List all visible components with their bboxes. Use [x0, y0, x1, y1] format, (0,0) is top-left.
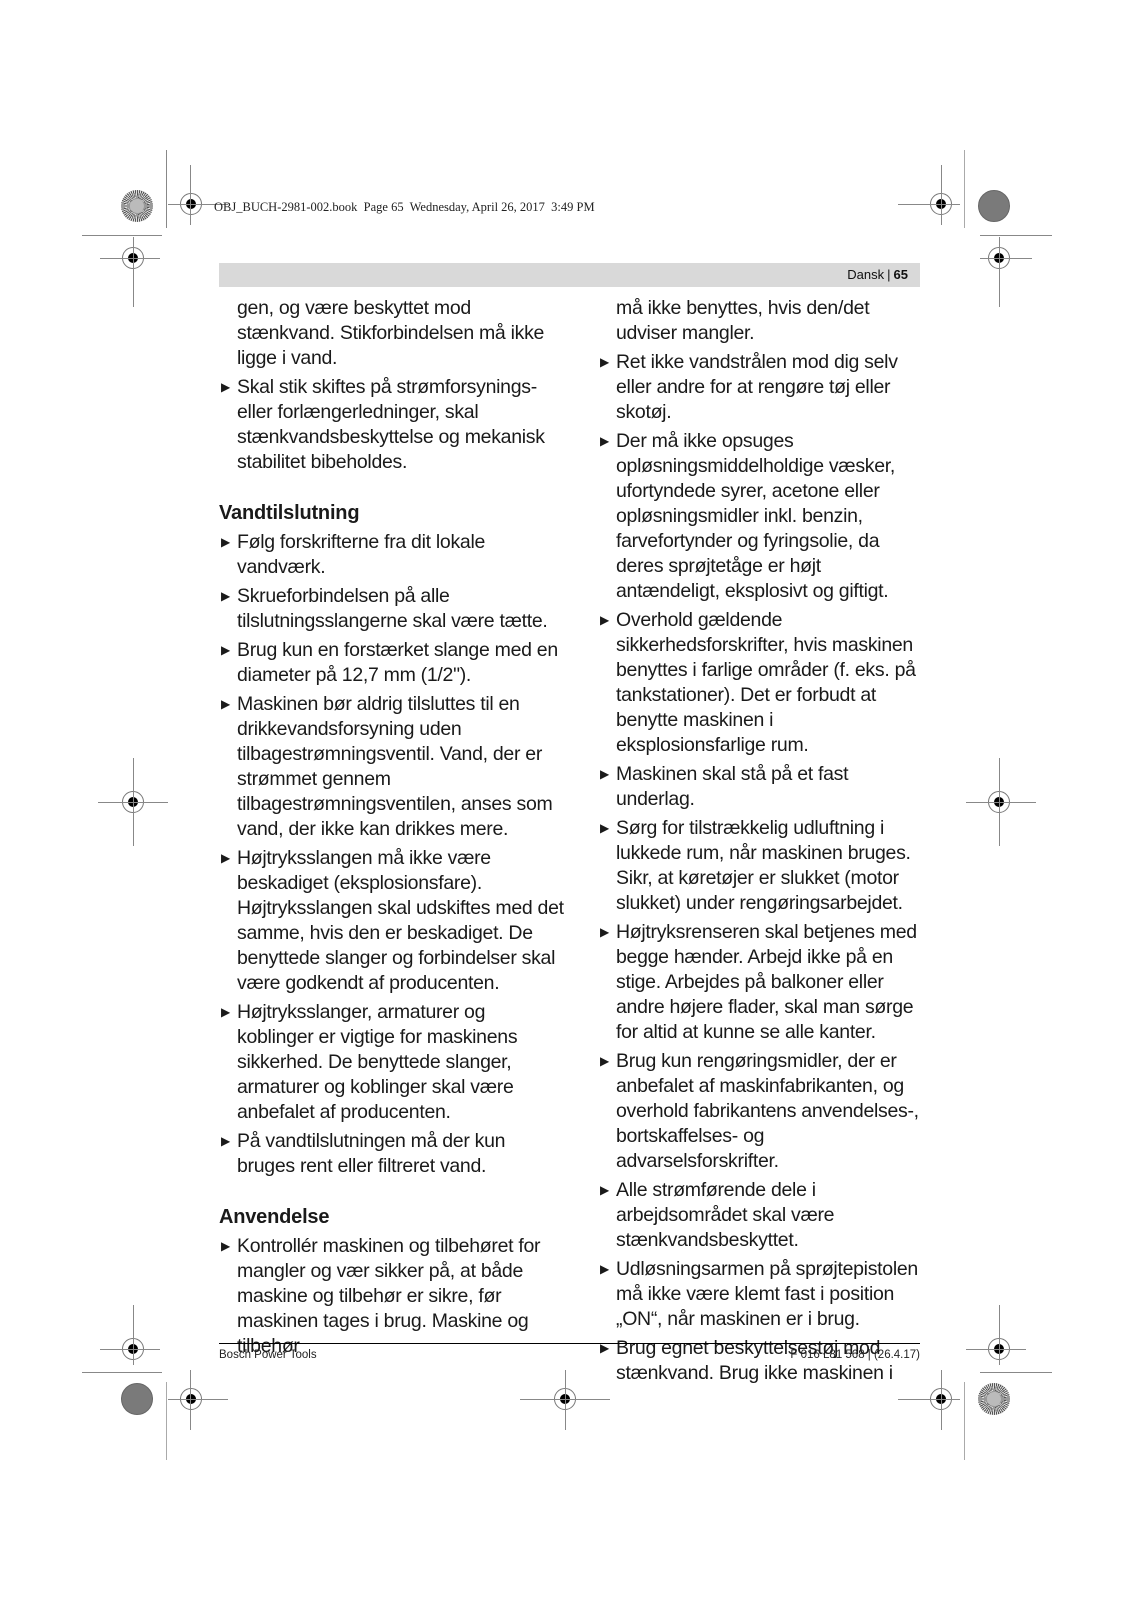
list-item: ▶Brug kun en forstærket slange med en di… — [219, 638, 565, 688]
list-item-text: Udløsningsarmen på sprøjtepistolen må ik… — [616, 1258, 918, 1330]
color-registration-mark-icon — [978, 1383, 1010, 1415]
crop-mark — [82, 1372, 162, 1373]
list-item-text: Maskinen bør aldrig tilsluttes til en dr… — [237, 693, 552, 840]
bullet-triangle-icon: ▶ — [221, 692, 230, 717]
color-registration-mark-icon — [121, 1383, 153, 1415]
list-item: ▶Højtryksslangen må ikke være beskadiget… — [219, 846, 565, 996]
bullet-triangle-icon: ▶ — [600, 1049, 609, 1074]
list-item-text: Skrueforbindelsen på alle tilslutningssl… — [237, 585, 548, 632]
crop-mark — [941, 1370, 942, 1430]
crop-mark — [898, 1399, 960, 1400]
bullet-triangle-icon: ▶ — [600, 920, 609, 945]
bullet-triangle-icon: ▶ — [221, 846, 230, 871]
list-item: ▶Højtryksslanger, armaturer og koblinger… — [219, 1000, 565, 1125]
list-item: ▶Skrueforbindelsen på alle tilslutningss… — [219, 584, 565, 634]
crop-mark — [999, 237, 1000, 307]
crop-mark — [565, 1370, 566, 1430]
list-item-text: Højtryksslanger, armaturer og koblinger … — [237, 1001, 517, 1123]
continuation-text: gen, og være beskyttet mod stænkvand. St… — [219, 296, 565, 371]
section-heading-anvendelse: Anvendelse — [219, 1205, 565, 1230]
list-item: ▶ Skal stik skiftes på strømforsynings- … — [219, 375, 565, 475]
list-item-text: Overhold gældende sikkerhedsforskrifter,… — [616, 609, 916, 756]
list-item-text: Sørg for tilstrækkelig udluftning i lukk… — [616, 817, 911, 914]
crop-mark — [133, 237, 134, 307]
bullet-triangle-icon: ▶ — [600, 608, 609, 633]
list-item-text: Følg forskrifterne fra dit lokale vandvæ… — [237, 531, 485, 578]
crop-mark — [999, 758, 1000, 846]
bullet-triangle-icon: ▶ — [600, 1336, 609, 1361]
crop-mark — [82, 235, 162, 236]
footer-doc-number: F 016 L81 568 | (26.4.17) — [790, 1349, 920, 1361]
list-item-text: Alle strømførende dele i arbejdsområdet … — [616, 1179, 834, 1251]
crop-mark — [966, 802, 1036, 803]
crop-mark — [166, 150, 167, 228]
running-header: Dansk|65 — [219, 263, 920, 287]
list-item: ▶Kontrollér maskinen og tilbehøret for m… — [219, 1234, 565, 1359]
list-item-text: På vandtilslutningen må der kun bruges r… — [237, 1130, 505, 1177]
crop-mark — [133, 758, 134, 846]
list-item: ▶Overhold gældende sikkerhedsforskrifter… — [598, 608, 924, 758]
crop-mark — [168, 1399, 228, 1400]
bullet-triangle-icon: ▶ — [221, 584, 230, 609]
color-registration-mark-icon — [121, 190, 153, 222]
footer-divider — [219, 1343, 920, 1344]
crop-mark — [980, 235, 1052, 236]
print-metadata-line: OBJ_BUCH-2981-002.book Page 65 Wednesday… — [214, 200, 595, 215]
crop-mark — [898, 204, 960, 205]
bullet-triangle-icon: ▶ — [221, 1234, 230, 1259]
bullet-triangle-icon: ▶ — [221, 530, 230, 555]
crop-mark — [941, 165, 942, 225]
right-column: må ikke benyttes, hvis den/det udviser m… — [598, 296, 924, 1390]
list-item: ▶Maskinen skal stå på et fast underlag. — [598, 762, 924, 812]
list-item-text: Brug kun en forstærket slange med en dia… — [237, 639, 558, 686]
list-item: ▶Sørg for tilstrækkelig udluftning i luk… — [598, 816, 924, 916]
crop-mark — [166, 1382, 167, 1460]
list-item: ▶Ret ikke vandstrålen mod dig selv eller… — [598, 350, 924, 425]
list-item-text: Maskinen skal stå på et fast underlag. — [616, 763, 848, 810]
list-item: ▶Højtryksrenseren skal betjenes med begg… — [598, 920, 924, 1045]
crop-mark — [966, 1349, 1026, 1350]
bullet-triangle-icon: ▶ — [600, 1178, 609, 1203]
left-column: gen, og være beskyttet mod stænkvand. St… — [219, 296, 565, 1363]
bullet-triangle-icon: ▶ — [600, 816, 609, 841]
bullet-triangle-icon: ▶ — [221, 1000, 230, 1025]
list-item-text: Ret ikke vandstrålen mod dig selv eller … — [616, 351, 898, 423]
list-item-text: Brug kun rengøringsmidler, der er anbefa… — [616, 1050, 919, 1172]
crop-mark — [980, 258, 1032, 259]
footer-brand: Bosch Power Tools — [219, 1349, 317, 1361]
list-item-text: Der må ikke opsuges opløsningsmiddelhold… — [616, 430, 895, 602]
section-heading-vandtilslutning: Vandtilslutning — [219, 501, 565, 526]
page-number: 65 — [894, 267, 908, 282]
crop-mark — [980, 1372, 1052, 1373]
bullet-triangle-icon: ▶ — [221, 375, 230, 400]
header-label: Dansk|65 — [847, 267, 908, 282]
list-item-text: Kontrollér maskinen og tilbehøret for ma… — [237, 1235, 540, 1357]
crop-mark — [100, 1349, 160, 1350]
list-item-text: Højtryksrenseren skal betjenes med begge… — [616, 921, 917, 1043]
bullet-triangle-icon: ▶ — [221, 1129, 230, 1154]
list-item: ▶Alle strømførende dele i arbejdsområdet… — [598, 1178, 924, 1253]
crop-mark — [190, 165, 191, 225]
header-separator: | — [887, 267, 890, 282]
list-item: ▶Udløsningsarmen på sprøjtepistolen må i… — [598, 1257, 924, 1332]
bullet-triangle-icon: ▶ — [600, 429, 609, 454]
list-item-text: Skal stik skiftes på strømforsynings- el… — [237, 376, 545, 473]
header-language: Dansk — [847, 267, 884, 282]
bullet-triangle-icon: ▶ — [600, 1257, 609, 1282]
crop-mark — [100, 258, 160, 259]
color-registration-mark-icon — [978, 190, 1010, 222]
list-item: ▶Maskinen bør aldrig tilsluttes til en d… — [219, 692, 565, 842]
crop-mark — [999, 1305, 1000, 1365]
list-item: ▶Der må ikke opsuges opløsningsmiddelhol… — [598, 429, 924, 604]
crop-mark — [190, 1370, 191, 1430]
bullet-triangle-icon: ▶ — [600, 762, 609, 787]
continuation-text: må ikke benyttes, hvis den/det udviser m… — [598, 296, 924, 346]
crop-mark — [964, 150, 965, 228]
crop-mark — [964, 1382, 965, 1460]
list-item: ▶Følg forskrifterne fra dit lokale vandv… — [219, 530, 565, 580]
bullet-triangle-icon: ▶ — [600, 350, 609, 375]
crop-mark — [133, 1305, 134, 1365]
bullet-triangle-icon: ▶ — [221, 638, 230, 663]
list-item: ▶På vandtilslutningen må der kun bruges … — [219, 1129, 565, 1179]
list-item: ▶Brug kun rengøringsmidler, der er anbef… — [598, 1049, 924, 1174]
list-item-text: Højtryksslangen må ikke være beskadiget … — [237, 847, 564, 994]
